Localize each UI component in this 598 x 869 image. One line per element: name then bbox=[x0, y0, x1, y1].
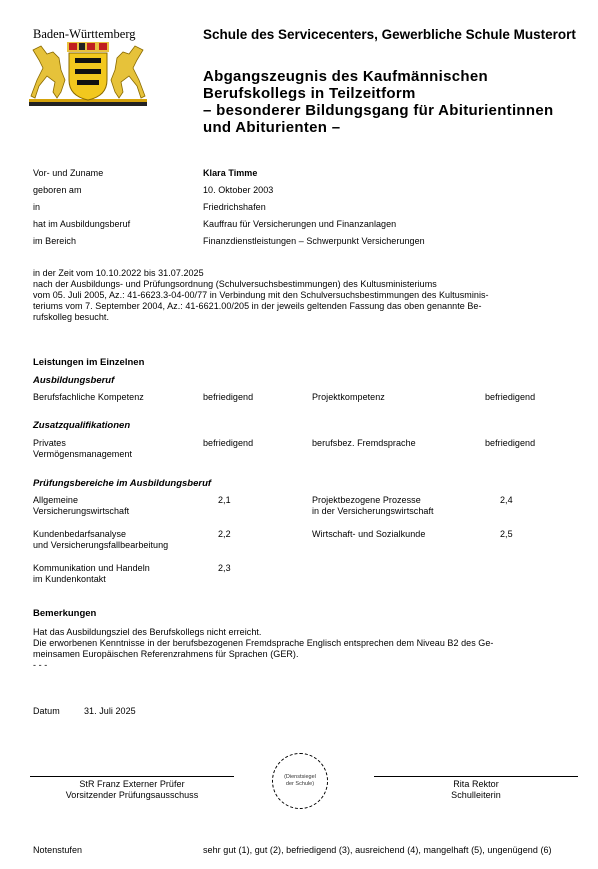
subject-grade: befriedigend bbox=[485, 438, 535, 449]
area-value: Finanzdienstleistungen – Schwerpunkt Ver… bbox=[203, 236, 425, 247]
profession-label: hat im Ausbildungsberuf bbox=[33, 219, 130, 230]
title-line: Berufskollegs in Teilzeitform bbox=[203, 85, 593, 102]
remark-line: - - - bbox=[33, 660, 573, 671]
period-line: teriums vom 7. September 2004, Az.: 41-6… bbox=[33, 301, 573, 312]
subject-name: Wirtschaft- und Sozialkunde bbox=[312, 529, 425, 540]
profession-value: Kauffrau für Versicherungen und Finanzan… bbox=[203, 219, 396, 230]
birthplace-value: Friedrichshafen bbox=[203, 202, 266, 213]
subject-line: Privates bbox=[33, 438, 132, 449]
subject-grade: befriedigend bbox=[485, 392, 535, 403]
date-label: Datum bbox=[33, 706, 60, 717]
subject-name: Projektkompetenz bbox=[312, 392, 385, 403]
subject-grade: 2,1 bbox=[218, 495, 231, 506]
signer-name: Rita Rektor bbox=[374, 779, 578, 790]
seal-text: (Dienstsiegel bbox=[284, 774, 316, 781]
document-title: Abgangszeugnis des Kaufmännischen Berufs… bbox=[203, 68, 593, 136]
official-seal-placeholder: (Dienstsiegel der Schule) bbox=[272, 753, 328, 809]
signature-line-left bbox=[30, 776, 234, 777]
subject-line: Projektbezogene Prozesse bbox=[312, 495, 434, 506]
period-line: in der Zeit vom 10.10.2022 bis 31.07.202… bbox=[33, 268, 573, 279]
seal-text: der Schule) bbox=[284, 781, 316, 788]
subject-line: Kundenbedarfsanalyse bbox=[33, 529, 168, 540]
title-line: Abgangszeugnis des Kaufmännischen bbox=[203, 68, 593, 85]
subject-name: Allgemeine Versicherungswirtschaft bbox=[33, 495, 129, 517]
area-label: im Bereich bbox=[33, 236, 76, 247]
period-line: nach der Ausbildungs- und Prüfungsordnun… bbox=[33, 279, 573, 290]
performance-heading: Leistungen im Einzelnen bbox=[33, 357, 144, 368]
subject-name: Kundenbedarfsanalyse und Versicherungsfa… bbox=[33, 529, 168, 551]
remark-line: Die erworbenen Kenntnisse in der berufsb… bbox=[33, 638, 573, 649]
title-line: – besonderer Bildungsgang für Abiturient… bbox=[203, 102, 593, 119]
remarks-heading: Bemerkungen bbox=[33, 608, 96, 619]
subject-grade: 2,5 bbox=[500, 529, 513, 540]
birthdate-label: geboren am bbox=[33, 185, 82, 196]
grade-scale-value: sehr gut (1), gut (2), befriedigend (3),… bbox=[203, 845, 552, 856]
subject-name: Projektbezogene Prozesse in der Versiche… bbox=[312, 495, 434, 517]
name-value: Klara Timme bbox=[203, 168, 257, 179]
subject-line: in der Versicherungswirtschaft bbox=[312, 506, 434, 517]
signer-name: StR Franz Externer Prüfer bbox=[30, 779, 234, 790]
grade-scale-label: Notenstufen bbox=[33, 845, 82, 856]
subject-line: Vermögensmanagement bbox=[33, 449, 132, 460]
subject-name: Berufsfachliche Kompetenz bbox=[33, 392, 144, 403]
subject-line: und Versicherungsfallbearbeitung bbox=[33, 540, 168, 551]
subject-line: Kommunikation und Handeln bbox=[33, 563, 150, 574]
subject-grade: 2,4 bbox=[500, 495, 513, 506]
remark-line: Hat das Ausbildungsziel des Berufskolleg… bbox=[33, 627, 573, 638]
subject-grade: 2,2 bbox=[218, 529, 231, 540]
coat-of-arms-icon bbox=[27, 40, 149, 108]
title-line: und Abiturienten – bbox=[203, 119, 593, 136]
date-value: 31. Juli 2025 bbox=[84, 706, 136, 717]
subject-grade: befriedigend bbox=[203, 392, 253, 403]
birthplace-label: in bbox=[33, 202, 40, 213]
pruefung-heading: Prüfungsbereiche im Ausbildungsberuf bbox=[33, 478, 211, 489]
period-line: vom 05. Juli 2005, Az.: 41-6623.3-04-00/… bbox=[33, 290, 573, 301]
remark-line: meinsamen Europäischen Referenzrahmens f… bbox=[33, 649, 573, 660]
school-name: Schule des Servicecenters, Gewerbliche S… bbox=[203, 27, 583, 42]
subject-line: im Kundenkontakt bbox=[33, 574, 150, 585]
name-label: Vor- und Zuname bbox=[33, 168, 103, 179]
signature-left: StR Franz Externer Prüfer Vorsitzender P… bbox=[30, 779, 234, 801]
remarks-text: Hat das Ausbildungsziel des Berufskolleg… bbox=[33, 627, 573, 671]
signer-role: Vorsitzender Prüfungsausschuss bbox=[30, 790, 234, 801]
subject-grade: befriedigend bbox=[203, 438, 253, 449]
signature-right: Rita Rektor Schulleiterin bbox=[374, 779, 578, 801]
subject-grade: 2,3 bbox=[218, 563, 231, 574]
subject-name: Kommunikation und Handeln im Kundenkonta… bbox=[33, 563, 150, 585]
ausbildungsberuf-heading: Ausbildungsberuf bbox=[33, 375, 114, 386]
subject-name: berufsbez. Fremdsprache bbox=[312, 438, 416, 449]
subject-name: Privates Vermögensmanagement bbox=[33, 438, 132, 460]
subject-line: Versicherungswirtschaft bbox=[33, 506, 129, 517]
subject-line: Allgemeine bbox=[33, 495, 129, 506]
birthdate-value: 10. Oktober 2003 bbox=[203, 185, 273, 196]
period-paragraph: in der Zeit vom 10.10.2022 bis 31.07.202… bbox=[33, 268, 573, 323]
signature-line-right bbox=[374, 776, 578, 777]
period-line: rufskolleg besucht. bbox=[33, 312, 573, 323]
signer-role: Schulleiterin bbox=[374, 790, 578, 801]
zusatz-heading: Zusatzqualifikationen bbox=[33, 420, 130, 431]
